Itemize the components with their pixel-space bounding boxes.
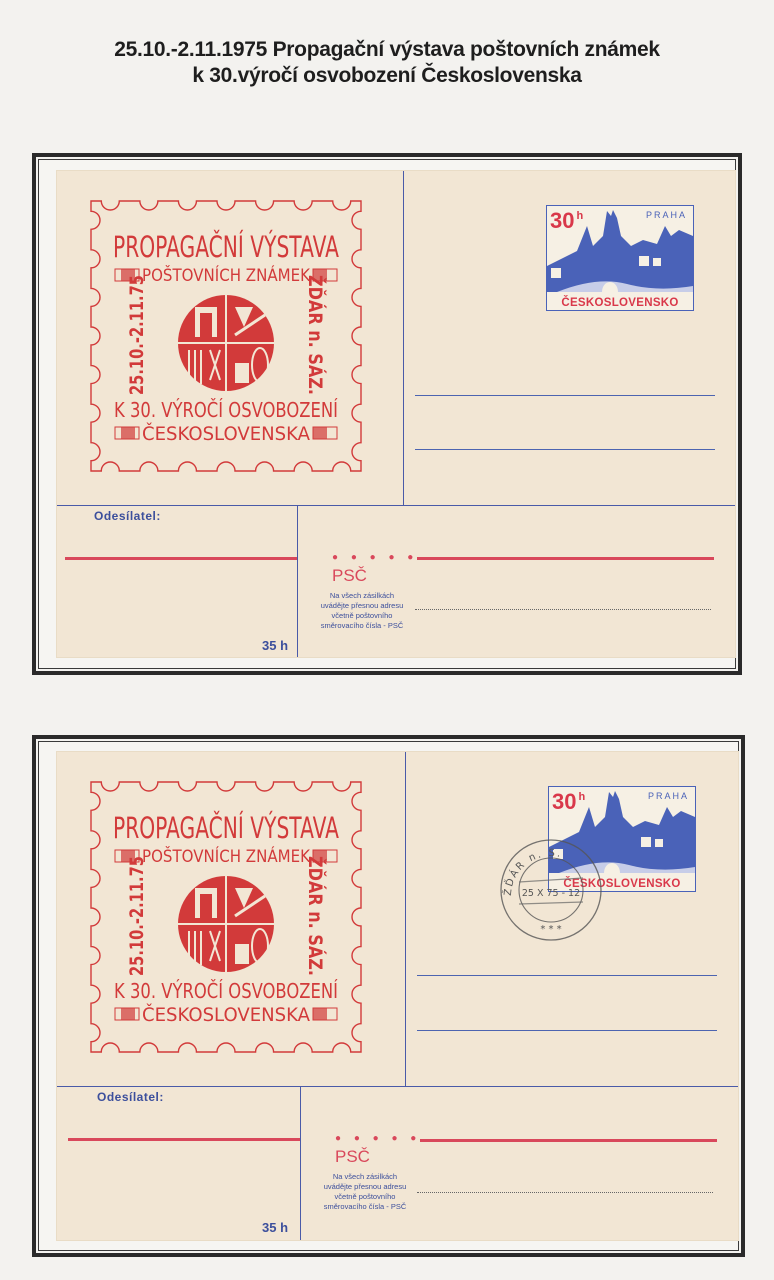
coat-of-arms-icon: [178, 295, 274, 391]
svg-text:* * *: * * *: [540, 924, 561, 935]
postmark-icon: ŽĎÁR n. S. 25 X 75 - 12 * * *: [495, 834, 607, 946]
address-line-2: [415, 449, 715, 450]
stamp-value: 30h: [550, 208, 583, 234]
postcard-2: PROPAGAČNÍ VÝSTAVA POŠTOVNÍCH ZNÁMEK 25.…: [57, 752, 738, 1240]
sender-label: Odesílatel:: [94, 509, 161, 523]
svg-text:ŽĎÁR n. SÁZ.: ŽĎÁR n. SÁZ.: [304, 275, 327, 395]
divider-horizontal: [57, 505, 735, 506]
svg-text:POŠTOVNÍCH ZNÁMEK: POŠTOVNÍCH ZNÁMEK: [142, 845, 311, 867]
postal-code-dots: ● ● ● ● ●: [335, 1133, 421, 1144]
page-title-line-1: 25.10.-2.11.1975 Propagační výstava pošt…: [0, 38, 774, 62]
price-label: 35 h: [262, 1220, 288, 1235]
stamp-country: ČESKOSLOVENSKO: [547, 297, 693, 309]
postal-code-line: [420, 1139, 717, 1142]
postmark-cancellation: ŽĎÁR n. S. 25 X 75 - 12 * * *: [495, 834, 607, 951]
exhibition-imprint: PROPAGAČNÍ VÝSTAVA POŠTOVNÍCH ZNÁMEK 25.…: [85, 776, 367, 1058]
price-label: 35 h: [262, 638, 288, 653]
imprint-svg: PROPAGAČNÍ VÝSTAVA POŠTOVNÍCH ZNÁMEK 25.…: [85, 195, 367, 477]
page-title-line-2: k 30.výročí osvobození Československa: [0, 64, 774, 88]
svg-text:25.10.-2.11.75: 25.10.-2.11.75: [126, 856, 148, 976]
svg-text:ČESKOSLOVENSKA: ČESKOSLOVENSKA: [142, 1002, 310, 1026]
svg-text:ŽĎÁR n. SÁZ.: ŽĎÁR n. SÁZ.: [304, 856, 327, 976]
postcard-1: PROPAGAČNÍ VÝSTAVA POŠTOVNÍCH ZNÁMEK 25.…: [57, 171, 735, 657]
address-line-2: [417, 1030, 717, 1031]
divider-vertical: [403, 171, 404, 505]
divider-sender: [297, 505, 298, 657]
coat-of-arms-icon: [178, 876, 274, 972]
svg-text:PROPAGAČNÍ VÝSTAVA: PROPAGAČNÍ VÝSTAVA: [113, 811, 339, 845]
postal-code-note: Na všech zásilkách uvádějte přesnou adre…: [320, 1172, 410, 1212]
svg-text:25.10.-2.11.75: 25.10.-2.11.75: [126, 275, 148, 395]
stamp-city: PRAHA: [646, 210, 687, 220]
sender-label: Odesílatel:: [97, 1090, 164, 1104]
svg-text:POŠTOVNÍCH ZNÁMEK: POŠTOVNÍCH ZNÁMEK: [142, 264, 311, 286]
address-line-1: [415, 395, 715, 396]
svg-text:25 X 75 - 12: 25 X 75 - 12: [522, 888, 580, 899]
svg-text:K 30. VÝROČÍ OSVOBOZENÍ: K 30. VÝROČÍ OSVOBOZENÍ: [114, 979, 338, 1003]
place-line: [417, 1192, 713, 1193]
svg-text:K 30. VÝROČÍ OSVOBOZENÍ: K 30. VÝROČÍ OSVOBOZENÍ: [114, 398, 338, 422]
stamp-city: PRAHA: [648, 791, 689, 801]
exhibition-imprint: PROPAGAČNÍ VÝSTAVA POŠTOVNÍCH ZNÁMEK 25.…: [85, 195, 367, 477]
postal-code-note: Na všech zásilkách uvádějte přesnou adre…: [317, 591, 407, 631]
imprint-svg: PROPAGAČNÍ VÝSTAVA POŠTOVNÍCH ZNÁMEK 25.…: [85, 776, 367, 1058]
address-line-1: [417, 975, 717, 976]
postal-code-label: PSČ: [332, 566, 367, 586]
sender-line: [68, 1138, 300, 1141]
divider-horizontal: [57, 1086, 738, 1087]
svg-text:ČESKOSLOVENSKA: ČESKOSLOVENSKA: [142, 421, 310, 445]
divider-sender: [300, 1086, 301, 1240]
postal-code-line: [417, 557, 714, 560]
postage-stamp-imprint: 30h PRAHA ČESKOSLOVENSKO: [546, 205, 694, 311]
postal-code-dots: ● ● ● ● ●: [332, 552, 418, 563]
stamp-value: 30h: [552, 789, 585, 815]
divider-vertical: [405, 752, 406, 1086]
postal-code-label: PSČ: [335, 1147, 370, 1167]
sender-line: [65, 557, 297, 560]
svg-text:PROPAGAČNÍ VÝSTAVA: PROPAGAČNÍ VÝSTAVA: [113, 230, 339, 264]
place-line: [415, 609, 711, 610]
